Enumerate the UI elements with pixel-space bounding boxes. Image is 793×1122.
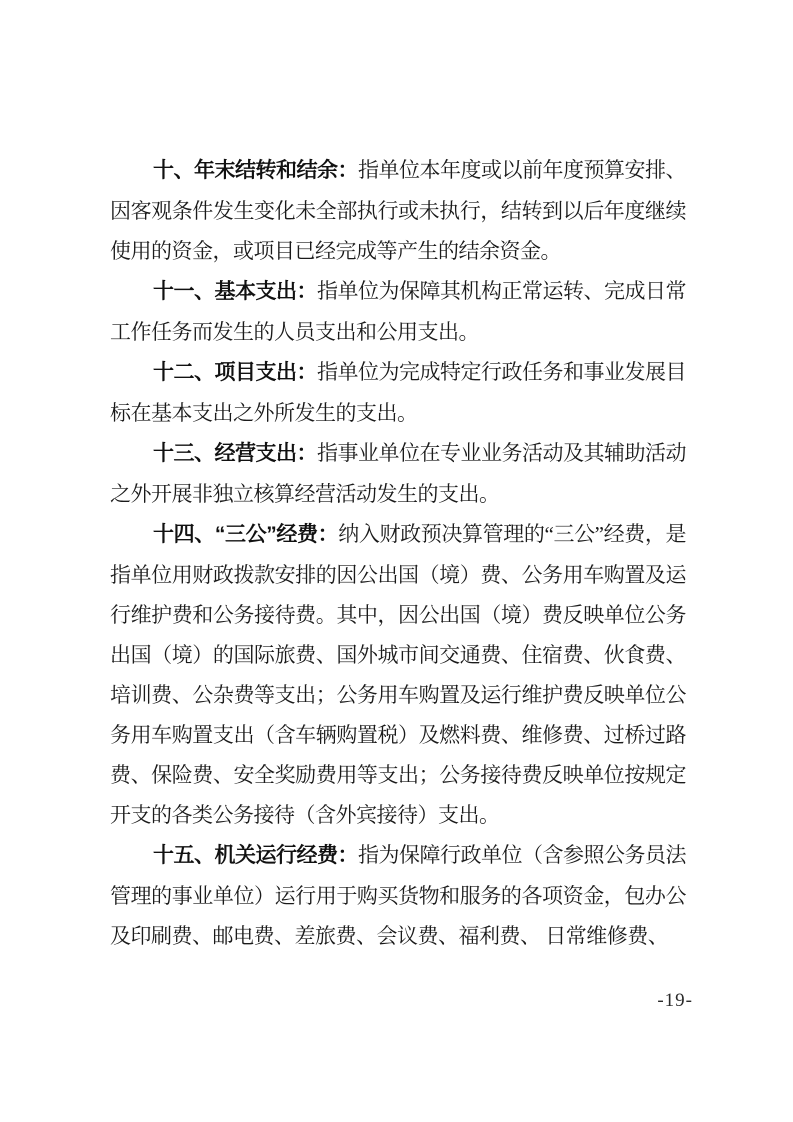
paragraph-heading: 十四、“三公”经费： <box>153 523 338 546</box>
paragraph-heading: 十二、项目支出： <box>153 361 317 384</box>
paragraph-heading: 十一、基本支出： <box>153 280 317 303</box>
paragraph-heading: 十、年末结转和结余： <box>153 159 358 182</box>
paragraph-operating-expenditure: 十三、经营支出：指事业单位在专业业务活动及其辅助活动之外开展非独立核算经营活动发… <box>110 433 686 514</box>
page-number: -19- <box>657 990 693 1012</box>
paragraph-heading: 十三、经营支出： <box>153 442 317 465</box>
paragraph-three-public-funds: 十四、“三公”经费：纳入财政预决算管理的“三公”经费，是指单位用财政拨款安排的因… <box>110 514 686 835</box>
document-body: 十、年末结转和结余：指单位本年度或以前年度预算安排、因客观条件发生变化未全部执行… <box>110 150 686 956</box>
paragraph-year-end-carryover: 十、年末结转和结余：指单位本年度或以前年度预算安排、因客观条件发生变化未全部执行… <box>110 150 686 271</box>
paragraph-heading: 十五、机关运行经费： <box>153 844 358 867</box>
paragraph-basic-expenditure: 十一、基本支出：指单位为保障其机构正常运转、完成日常工作任务而发生的人员支出和公… <box>110 271 686 352</box>
paragraph-agency-operating-funds: 十五、机关运行经费：指为保障行政单位（含参照公务员法管理的事业单位）运行用于购买… <box>110 835 686 956</box>
paragraph-project-expenditure: 十二、项目支出：指单位为完成特定行政任务和事业发展目标在基本支出之外所发生的支出… <box>110 352 686 433</box>
document-page: 十、年末结转和结余：指单位本年度或以前年度预算安排、因客观条件发生变化未全部执行… <box>0 0 793 1122</box>
paragraph-body: 纳入财政预决算管理的“三公”经费，是指单位用财政拨款安排的因公出国（境）费、公务… <box>110 522 686 827</box>
